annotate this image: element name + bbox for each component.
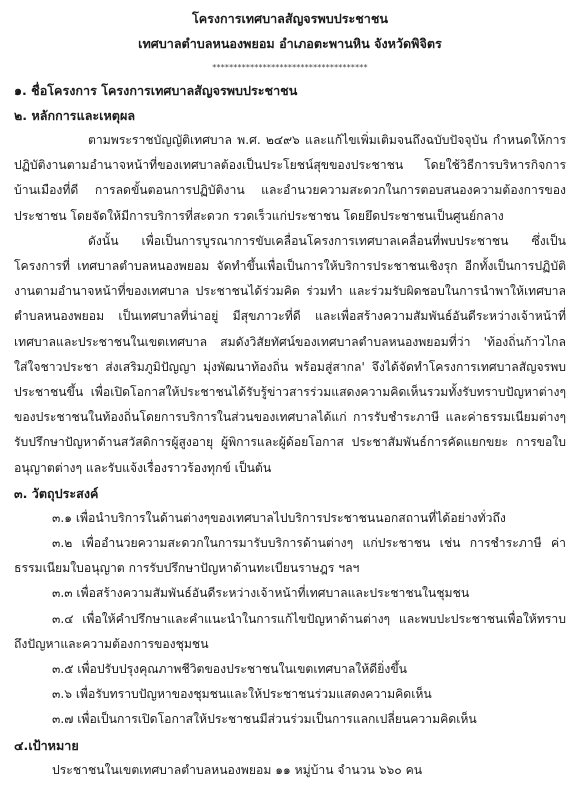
separator-line: ************************************* bbox=[14, 58, 566, 78]
document-title: โครงการเทศบาลสัญจรพบประชาชน bbox=[14, 0, 566, 31]
document-subtitle: เทศบาลตำบลหนองพยอม อำเภอตะพานหิน จังหวัด… bbox=[14, 31, 566, 56]
principle-paragraph-1: ตามพระราชบัญญัติเทศบาล พ.ศ. ๒๔๙๖ และแก้ไ… bbox=[14, 128, 566, 229]
section-1-heading: ๑. ชื่อโครงการ โครงการเทศบาลสัญจรพบประชา… bbox=[14, 78, 566, 103]
document-page: โครงการเทศบาลสัญจรพบประชาชน เทศบาลตำบลหน… bbox=[0, 0, 588, 800]
objective-item-1: ๓.๑ เพื่อนำบริการในด้านต่างๆของเทศบาลไปบ… bbox=[14, 506, 566, 531]
section-3-heading: ๓. วัตถุประสงค์ bbox=[14, 481, 566, 506]
target-description: ประชาชนในเขตเทศบาลตำบลหนองพยอม ๑๑ หมู่บ้… bbox=[14, 758, 566, 783]
objective-item-3: ๓.๓ เพื่อสร้างความสัมพันธ์อันดีระหว่างเจ… bbox=[14, 581, 566, 606]
objective-item-5: ๓.๕ เพื่อปรับปรุงคุณภาพชีวิตของประชาชนใน… bbox=[14, 657, 566, 682]
objective-item-6: ๓.๖ เพื่อรับทราบปัญหาของชุมชนและให้ประชา… bbox=[14, 682, 566, 707]
objective-item-7: ๓.๗ เพื่อเป็นการเปิดโอกาสให้ประชาชนมีส่ว… bbox=[14, 707, 566, 732]
section-4-heading: ๔.เป้าหมาย bbox=[14, 733, 566, 758]
section-2-heading: ๒. หลักการและเหตุผล bbox=[14, 103, 566, 128]
principle-paragraph-2: ดังนั้น เพื่อเป็นการบูรณาการขับเคลื่อนโค… bbox=[14, 229, 566, 481]
objective-item-4: ๓.๔ เพื่อให้คำปรึกษาและคำแนะนำในการแก้ไข… bbox=[14, 607, 566, 657]
objective-item-2: ๓.๒ เพื่ออำนวยความสะดวกในการมารับบริการด… bbox=[14, 531, 566, 581]
